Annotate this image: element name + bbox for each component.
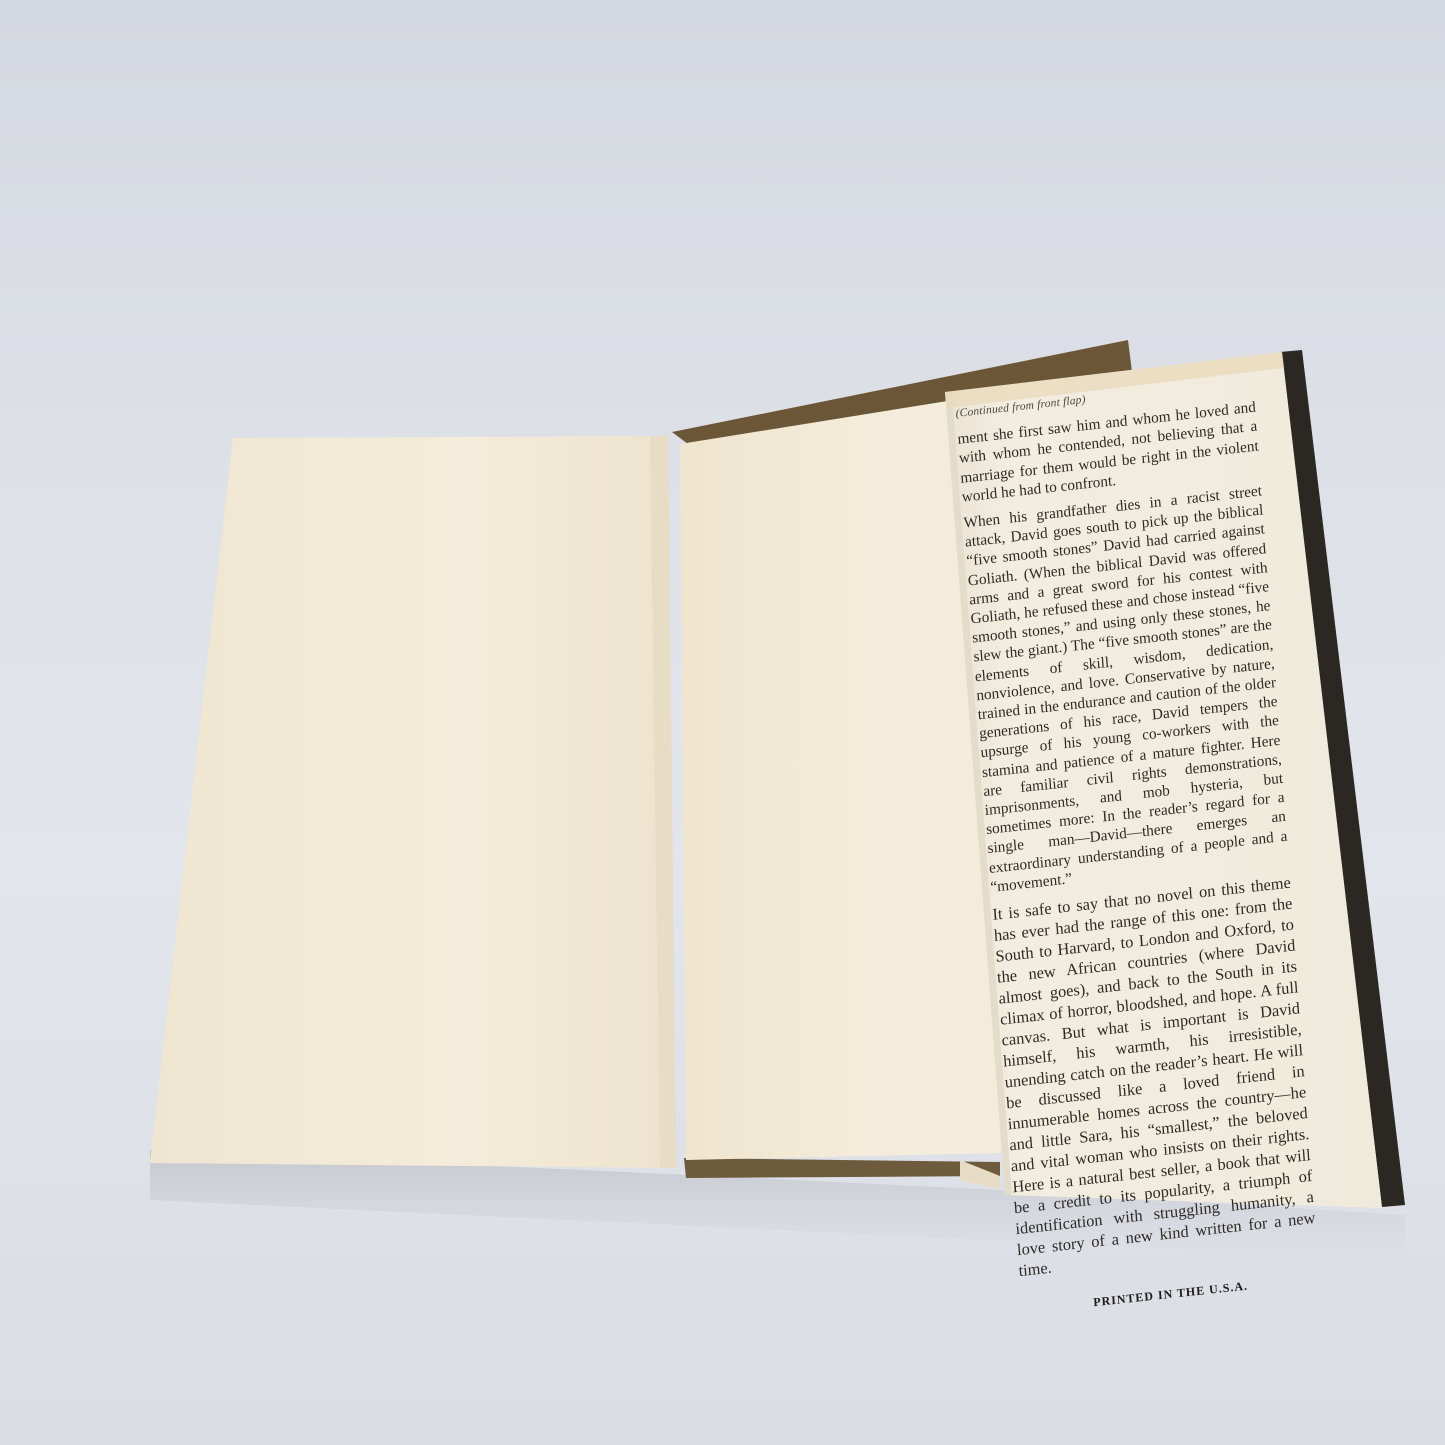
photo-scene: (Continued from front flap) ment she fir…	[0, 0, 1445, 1445]
flap-paragraph-2: When his grandfather dies in a racist st…	[963, 481, 1289, 897]
back-cover-bottom-edge	[684, 1158, 1000, 1178]
left-page	[150, 436, 676, 1168]
flap-paragraph-3: It is safe to say that no novel on this …	[992, 872, 1318, 1282]
